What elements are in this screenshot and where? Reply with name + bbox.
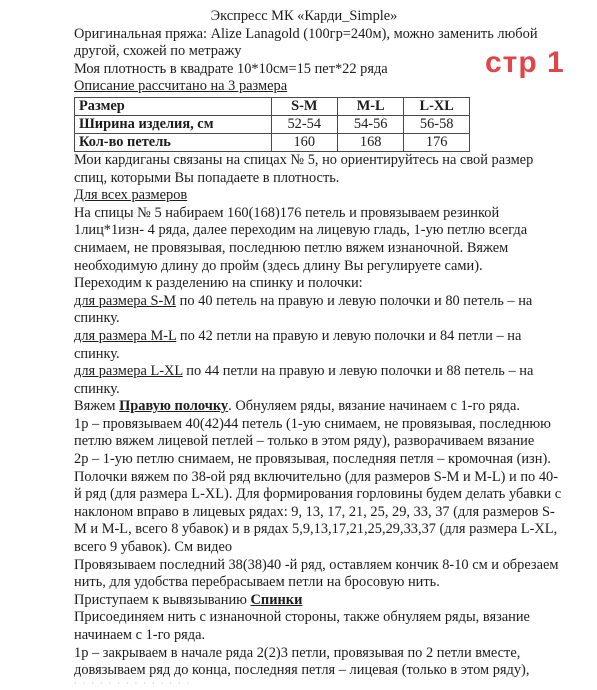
needles-note: Мои кардиганы связаны на спицах № 5, но … bbox=[74, 152, 554, 187]
size-table: Размер S-M M-L L-XL Ширина изделия, см 5… bbox=[74, 97, 470, 152]
back-join-instructions: Присоединяем нить с изнаночной стороны, … bbox=[74, 609, 564, 644]
back-row-1-instructions: 1р – закрываем в начале ряда 2(2)3 петли… bbox=[74, 645, 564, 680]
table-header-row: Размер S-M M-L L-XL bbox=[75, 97, 470, 115]
back-pre: Приступаем к вывязыванию bbox=[74, 592, 251, 608]
back-heading: Приступаем к вывязыванию Спинки bbox=[74, 592, 589, 610]
table-cell: Кол-во петель bbox=[75, 133, 272, 151]
right-front-label: Правую полочку bbox=[119, 398, 228, 414]
all-sizes-heading: Для всех размеров bbox=[74, 187, 589, 205]
table-row: Кол-во петель 160 168 176 bbox=[75, 133, 470, 151]
front-decreases: Полочки вяжем по 38-ой ряд включительно … bbox=[74, 469, 564, 557]
split-size-label: для размера S-M bbox=[74, 293, 176, 309]
table-cell: 176 bbox=[404, 133, 470, 151]
gauge-info: Моя плотность в квадрате 10*10см=15 пет*… bbox=[74, 61, 589, 79]
row-2-instructions: 2р – 1-ую петлю снимаем, не провязывая, … bbox=[74, 451, 574, 469]
cast-on-instructions: На спицы № 5 набираем 160(168)176 петель… bbox=[74, 205, 544, 275]
table-cell: 56-58 bbox=[404, 115, 470, 133]
split-intro: Переходим к разделению на спинку и полоч… bbox=[74, 275, 589, 293]
table-header-cell: S-M bbox=[271, 97, 337, 115]
back-label: Спинки bbox=[251, 592, 303, 608]
table-cell: 168 bbox=[337, 133, 403, 151]
table-cell: 54-56 bbox=[337, 115, 403, 133]
table-header-cell: M-L bbox=[337, 97, 403, 115]
table-cell: 160 bbox=[271, 133, 337, 151]
table-cell: 52-54 bbox=[271, 115, 337, 133]
table-header-cell: Размер bbox=[75, 97, 272, 115]
split-size-ml: для размера M-L по 42 петли на правую и … bbox=[74, 328, 544, 363]
last-row-instructions: Провязываем последний 38(38)40 -й ряд, о… bbox=[74, 557, 564, 592]
document-page: Экспресс МК «Карди_Simple» Оригинальная … bbox=[74, 8, 589, 688]
right-front-post: . Обнуляем ряды, вязание начинаем с 1-го… bbox=[228, 398, 520, 414]
table-row: Ширина изделия, см 52-54 54-56 56-58 bbox=[75, 115, 470, 133]
right-front-heading: Вяжем Правую полочку. Обнуляем ряды, вяз… bbox=[74, 398, 589, 416]
split-size-label: для размера L-XL bbox=[74, 363, 183, 379]
right-front-pre: Вяжем bbox=[74, 398, 119, 414]
cut-off-text: · · · · · · · · · · · · · · bbox=[74, 680, 589, 688]
split-size-lxl: для размера L-XL по 44 петли на правую и… bbox=[74, 363, 544, 398]
split-size-label: для размера M-L bbox=[74, 328, 176, 344]
split-size-sm: для размера S-M по 40 петель на правую и… bbox=[74, 293, 544, 328]
document-title: Экспресс МК «Карди_Simple» bbox=[74, 8, 534, 26]
row-1-instructions: 1р – провязываем 40(42)44 петель (1-ую с… bbox=[74, 416, 564, 451]
sizes-note: Описание рассчитано на 3 размера bbox=[74, 78, 589, 96]
table-cell: Ширина изделия, см bbox=[75, 115, 272, 133]
yarn-info: Оригинальная пряжа: Alize Lanagold (100г… bbox=[74, 26, 544, 61]
table-header-cell: L-XL bbox=[404, 97, 470, 115]
